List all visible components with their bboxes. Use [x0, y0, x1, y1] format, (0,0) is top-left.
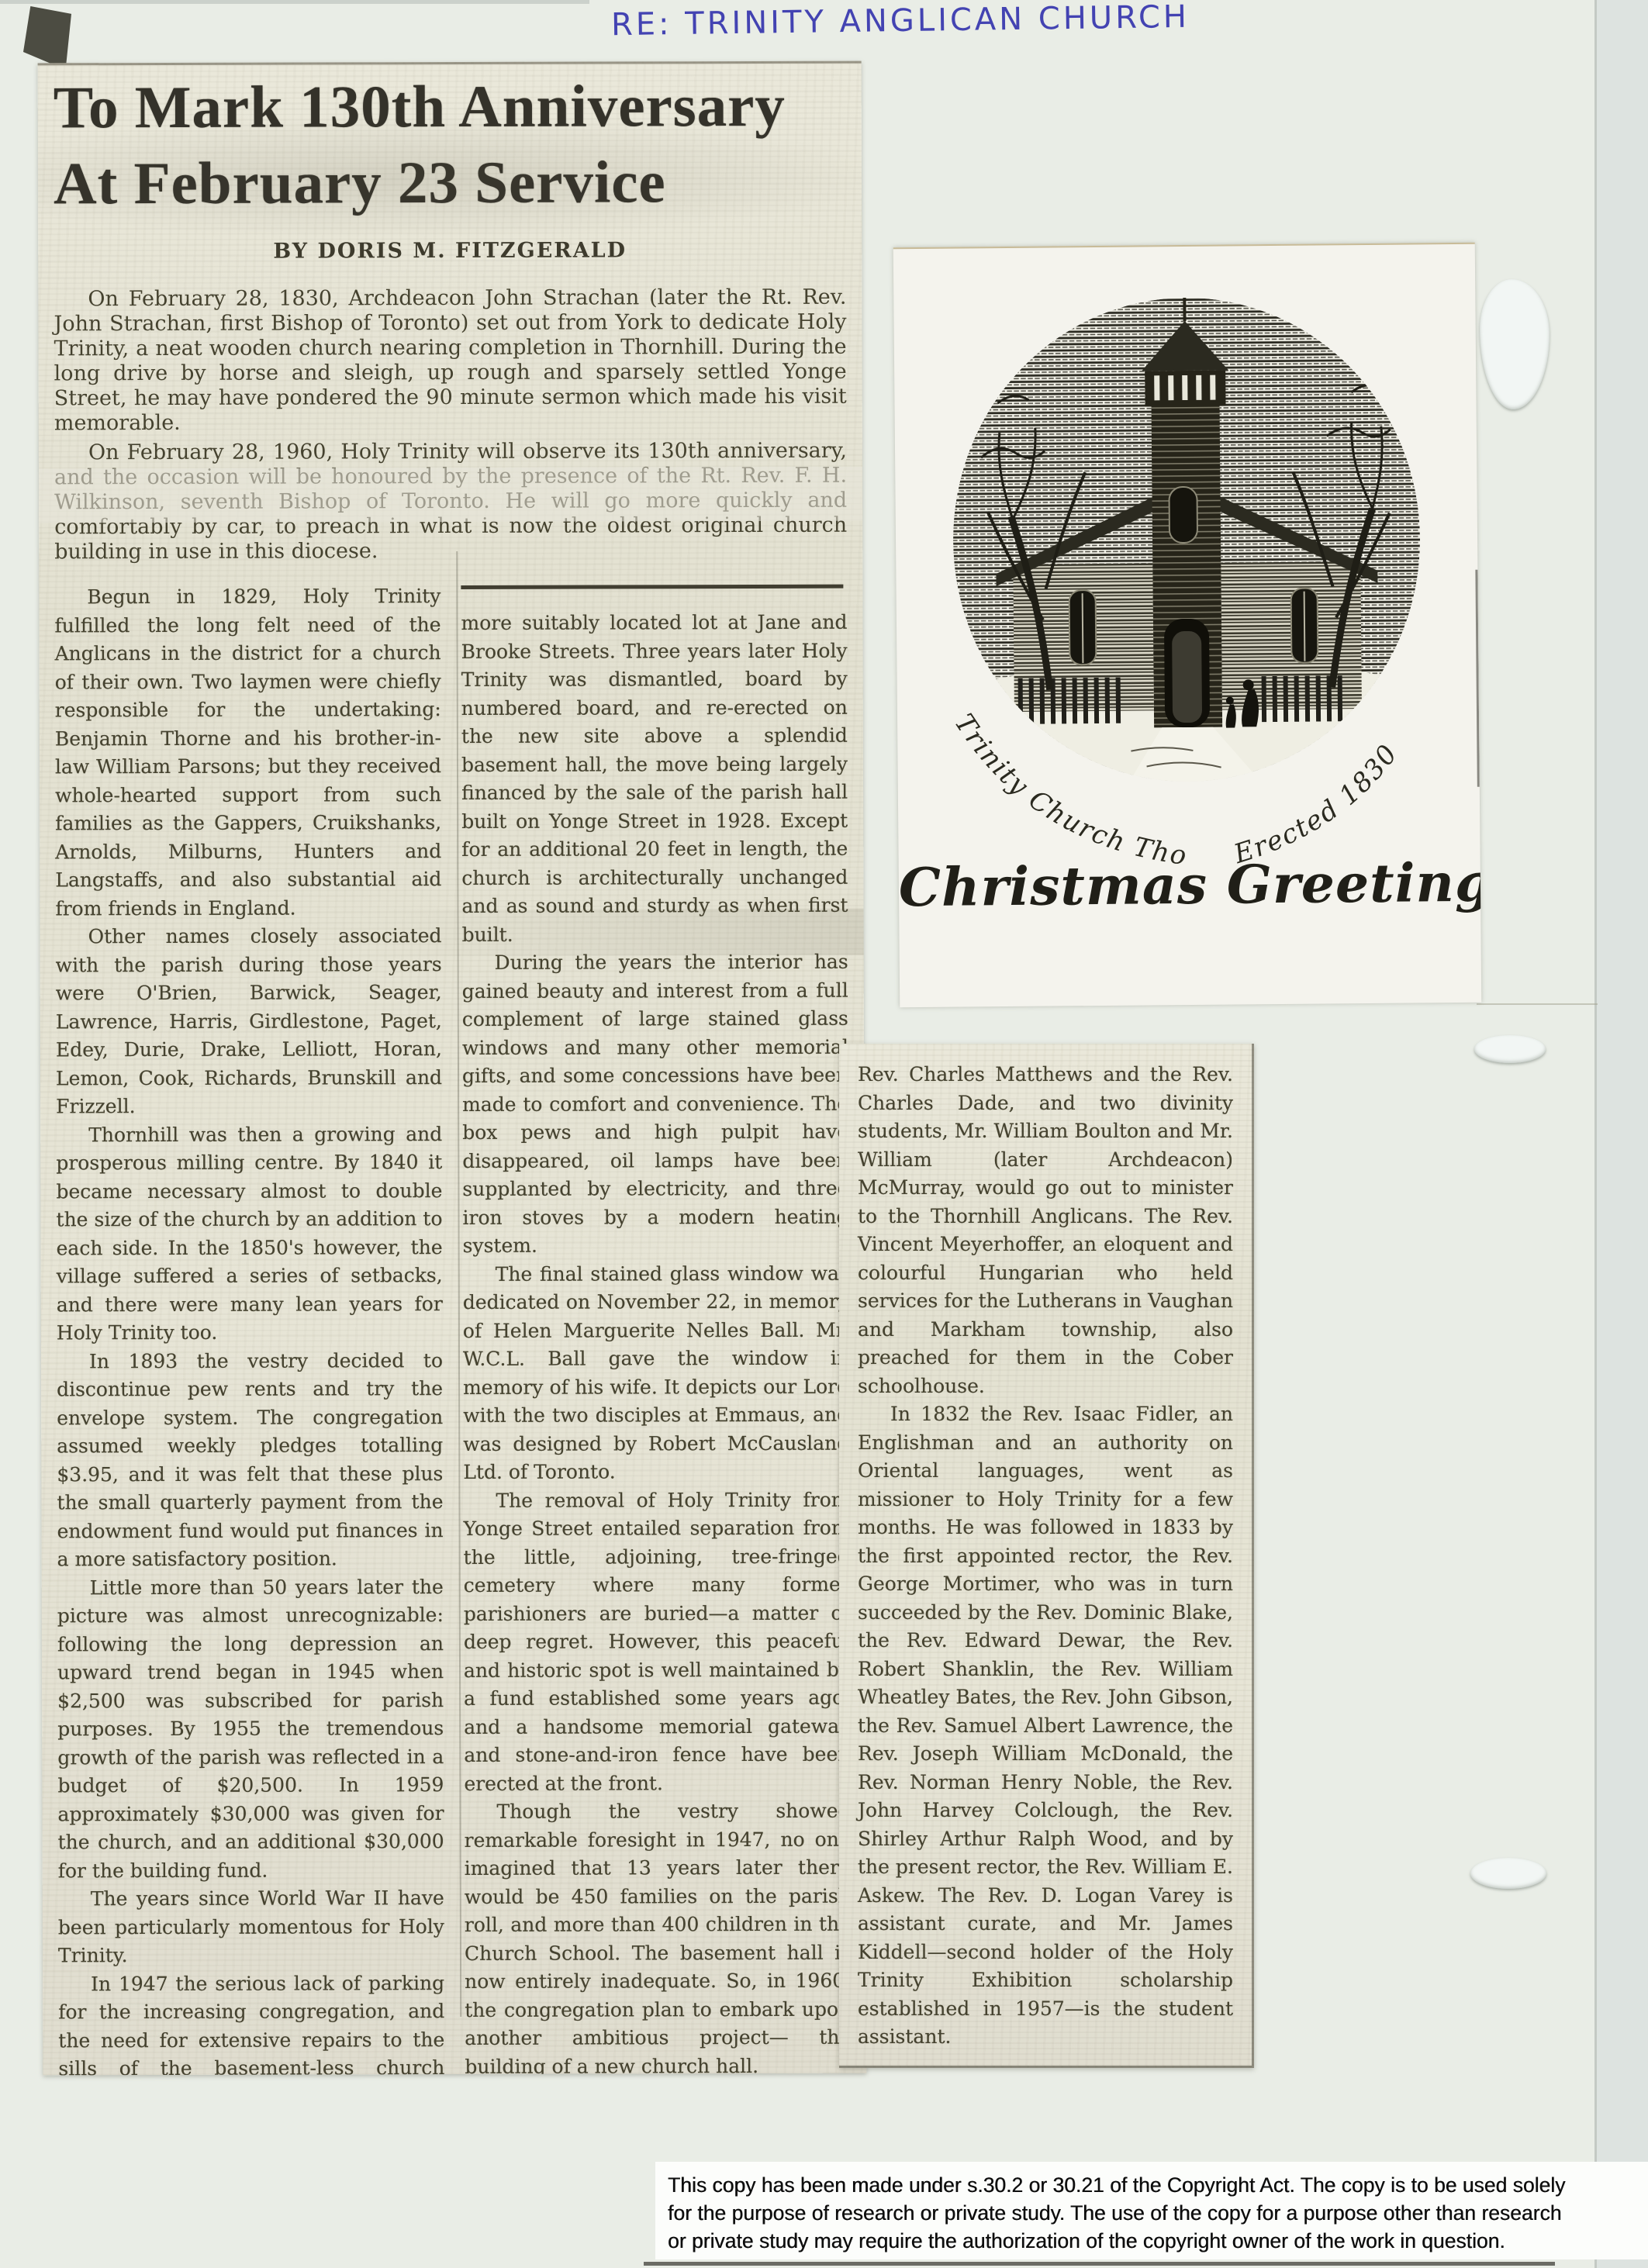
clipping-right-inner: Rev. Charles Matthews and the Rev. Charl…: [839, 1044, 1252, 2068]
bottom-scan-line: [644, 2262, 1555, 2266]
clipping-main-article: To Mark 130th Anniversary At February 23…: [38, 61, 867, 2076]
article-column-middle: more suitably located lot at Jane and Br…: [461, 582, 851, 2076]
paragraph: The years since World War II have been p…: [58, 1884, 444, 1970]
page-right-strip: [1597, 0, 1648, 2268]
punch-hole: [1480, 279, 1550, 409]
headline-line1: To Mark 130th Anniversary: [54, 74, 846, 140]
copyright-label: This copy has been made under s.30.2 or …: [655, 2162, 1648, 2259]
scanned-page: RE: TRINITY ANGLICAN CHURCH 1960 To Mark…: [0, 0, 1648, 2268]
page-seam-line: [1477, 1003, 1598, 1005]
punch-hole: [1470, 1858, 1546, 1889]
clipping-right-column: Rev. Charles Matthews and the Rev. Charl…: [839, 1044, 1254, 2068]
headline-line2: At February 23 Service: [54, 150, 846, 215]
clipping-main-inner: To Mark 130th Anniversary At February 23…: [38, 64, 867, 2076]
article-columns: Begun in 1829, Holy Trinity fulfilled th…: [54, 582, 851, 2076]
byline: BY DORIS M. FITZGERALD: [54, 238, 846, 264]
paragraph: Rev. Charles Matthews and the Rev. Charl…: [858, 1061, 1233, 1400]
card-greeting-line: Christmas Greetings∗1937: [899, 852, 1481, 920]
copyright-line: or private study may require the authori…: [668, 2227, 1636, 2255]
paragraph: In 1893 the vestry decided to discontinu…: [57, 1347, 444, 1574]
paragraph: In 1832 the Rev. Isaac Fidler, an Englis…: [858, 1400, 1233, 2052]
scan-artifact-top: [0, 0, 589, 4]
copyright-line: for the purpose of research or private s…: [668, 2199, 1636, 2227]
intro-section: On February 28, 1830, Archdeacon John St…: [54, 285, 847, 565]
intro-paragraph: On February 28, 1960, Holy Trinity will …: [54, 439, 847, 565]
corner-tear-mark: [23, 6, 71, 70]
church-engraving: Trinity Church Thornhill Erected 1830: [894, 252, 1480, 869]
punch-hole: [1474, 1035, 1546, 1063]
paragraph: Though the vestry showed remarkable fore…: [464, 1797, 851, 2076]
paragraph: In 1947 the serious lack of parking for …: [58, 1969, 445, 2076]
paragraph: more suitably located lot at Jane and Br…: [461, 609, 848, 949]
card-greeting-text: Christmas Greetings: [899, 851, 1482, 919]
paragraph: The removal of Holy Trinity from Yonge S…: [463, 1486, 850, 1798]
column-top-rule: [461, 585, 843, 589]
handwritten-subject-note: RE: TRINITY ANGLICAN CHURCH: [611, 0, 1190, 43]
paragraph: Begun in 1829, Holy Trinity fulfilled th…: [54, 582, 441, 923]
greeting-card: Trinity Church Thornhill Erected 1830 Ch…: [893, 243, 1482, 1008]
paragraph: Little more than 50 years later the pict…: [57, 1573, 444, 1886]
page-edge-line: [1594, 0, 1597, 2268]
copyright-line: This copy has been made under s.30.2 or …: [668, 2171, 1636, 2199]
article-column-left: Begun in 1829, Holy Trinity fulfilled th…: [54, 582, 444, 2075]
engraving-vignette: [951, 275, 1423, 785]
paragraph: The final stained glass window was dedic…: [463, 1259, 850, 1486]
paragraph: During the years the interior has gained…: [462, 948, 849, 1261]
paragraph: Thornhill was then a growing and prosper…: [56, 1120, 443, 1348]
paragraph: Other names closely associated with the …: [56, 922, 443, 1121]
intro-paragraph: On February 28, 1830, Archdeacon John St…: [54, 285, 846, 437]
